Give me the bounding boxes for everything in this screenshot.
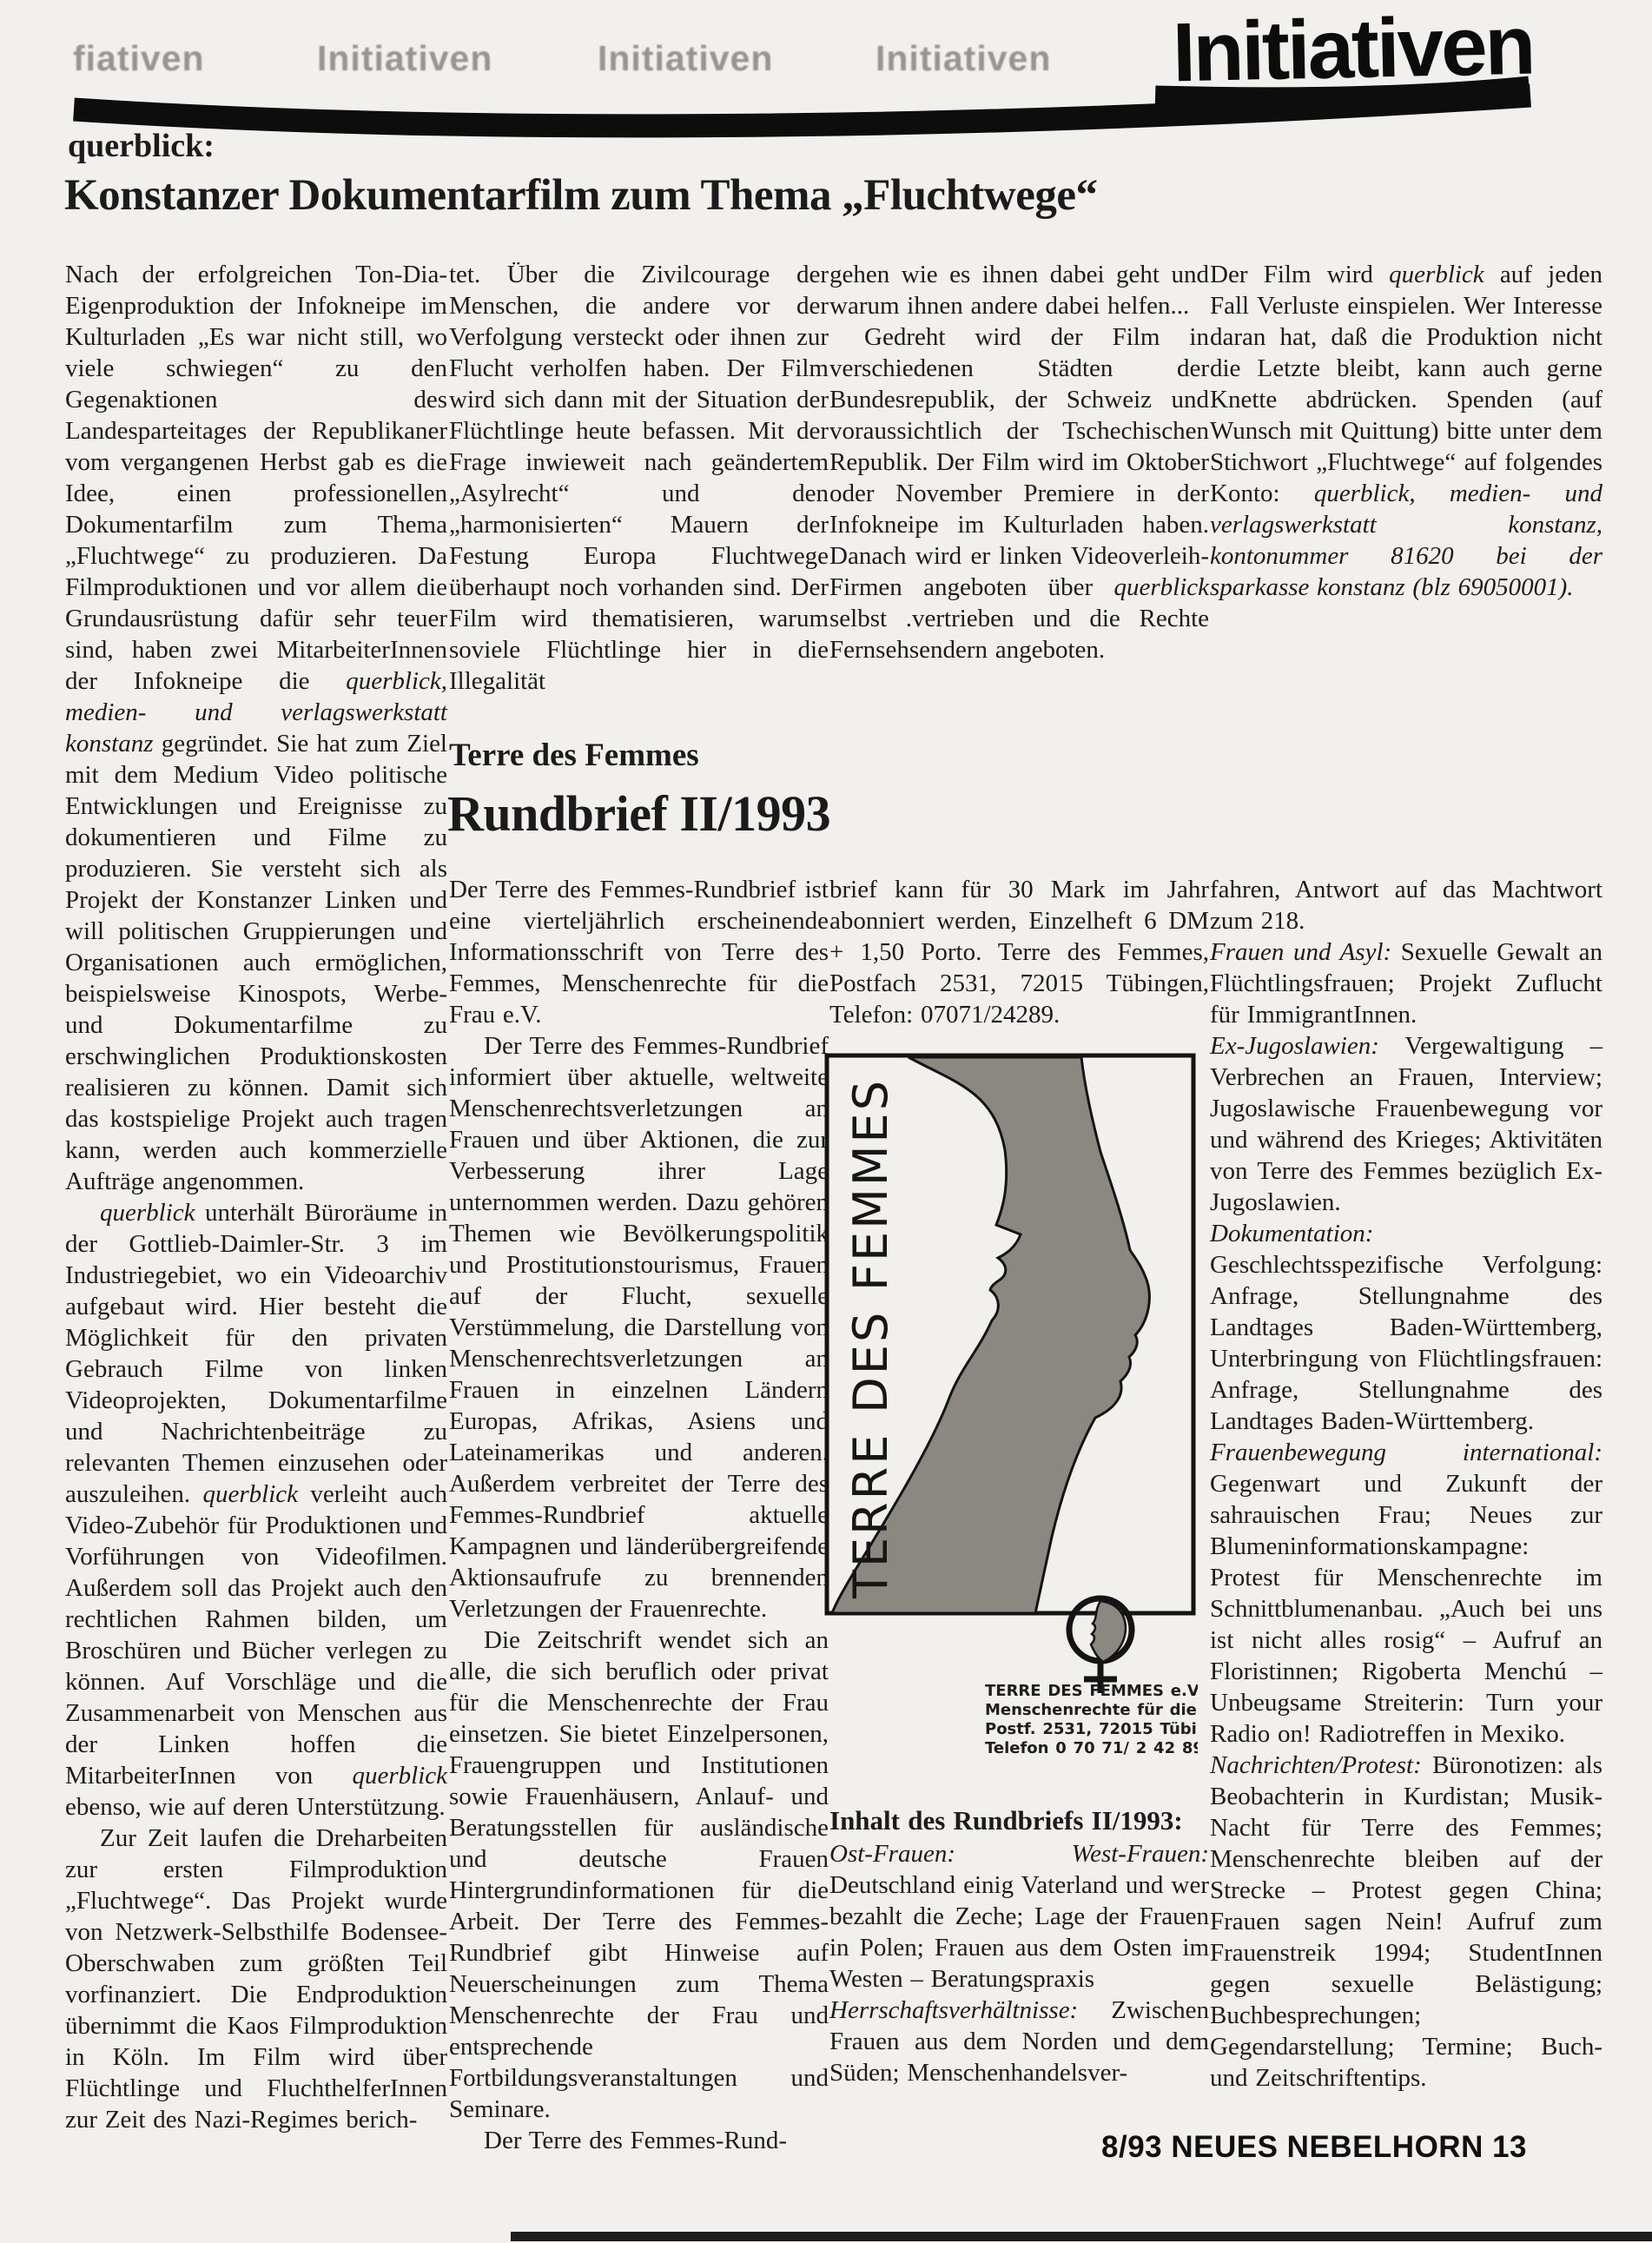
article1-kicker: querblick: bbox=[68, 127, 215, 165]
inhalt-heading: Inhalt des Rundbriefs II/1993: bbox=[829, 1803, 1209, 1838]
logo-caption-line: Postf. 2531, 72015 Tübingen bbox=[985, 1720, 1198, 1738]
logo-caption: TERRE DES FEMMES e.V.. Menschenrechte fü… bbox=[985, 1682, 1198, 1757]
logo-caption-line: Telefon 0 70 71/ 2 42 89 bbox=[985, 1739, 1198, 1757]
article2-headline: Rundbrief II/1993 bbox=[447, 784, 830, 843]
article1-column-3: gehen wie es ihnen dabei geht und warum … bbox=[829, 259, 1209, 665]
article1-column-2: tet. Über die Zivilcourage der Menschen,… bbox=[449, 259, 829, 697]
logo-caption-line: Menschenrechte für die Frau bbox=[985, 1701, 1198, 1719]
ghost-masthead-word: Initiativen bbox=[598, 38, 773, 79]
article2-column-3: fahren, Antwort auf das Machtwort zum 21… bbox=[1210, 874, 1602, 2094]
masthead-logo: Initiativen bbox=[1172, 0, 1534, 101]
logo-vertical-text: TERRE DES FEMMES bbox=[843, 1079, 898, 1599]
bottom-edge-bar bbox=[511, 2232, 1652, 2241]
article2-column-2-intro: brief kann für 30 Mark im Jahr abonniert… bbox=[829, 874, 1209, 1030]
article1-column-1: Nach der erfolgreichen Ton-Dia-Eigenprod… bbox=[65, 259, 447, 2135]
article2-column-2-inhalt: Ost-Frauen: West-Frauen: Deutschland ein… bbox=[829, 1838, 1209, 2088]
article1-headline: Konstanzer Dokumentarfilm zum Thema „Flu… bbox=[64, 170, 1098, 221]
article1-column-4: Der Film wird querblick auf jeden Fall V… bbox=[1210, 259, 1602, 603]
article2-kicker: Terre des Femmes bbox=[449, 737, 699, 774]
ghost-masthead-word: Initiativen bbox=[317, 38, 492, 79]
terre-des-femmes-logo: TERRE DES FEMMES TERRE DES FEMMES e.V.. … bbox=[824, 1053, 1198, 1765]
article2-column-2: brief kann für 30 Mark im Jahr abonniert… bbox=[829, 874, 1209, 2088]
magazine-page: { "header": { "ghosts": ["fiativen", "In… bbox=[0, 0, 1652, 2243]
ghost-masthead-word: Initiativen bbox=[876, 38, 1051, 79]
page-footer: 8/93 NEUES NEBELHORN 13 bbox=[0, 2130, 1527, 2165]
article2-column-1: Der Terre des Femmes-Rundbrief ist eine … bbox=[449, 874, 829, 2156]
logo-caption-line: TERRE DES FEMMES e.V.. bbox=[985, 1682, 1198, 1700]
ghost-masthead-word: fiativen bbox=[73, 38, 205, 79]
